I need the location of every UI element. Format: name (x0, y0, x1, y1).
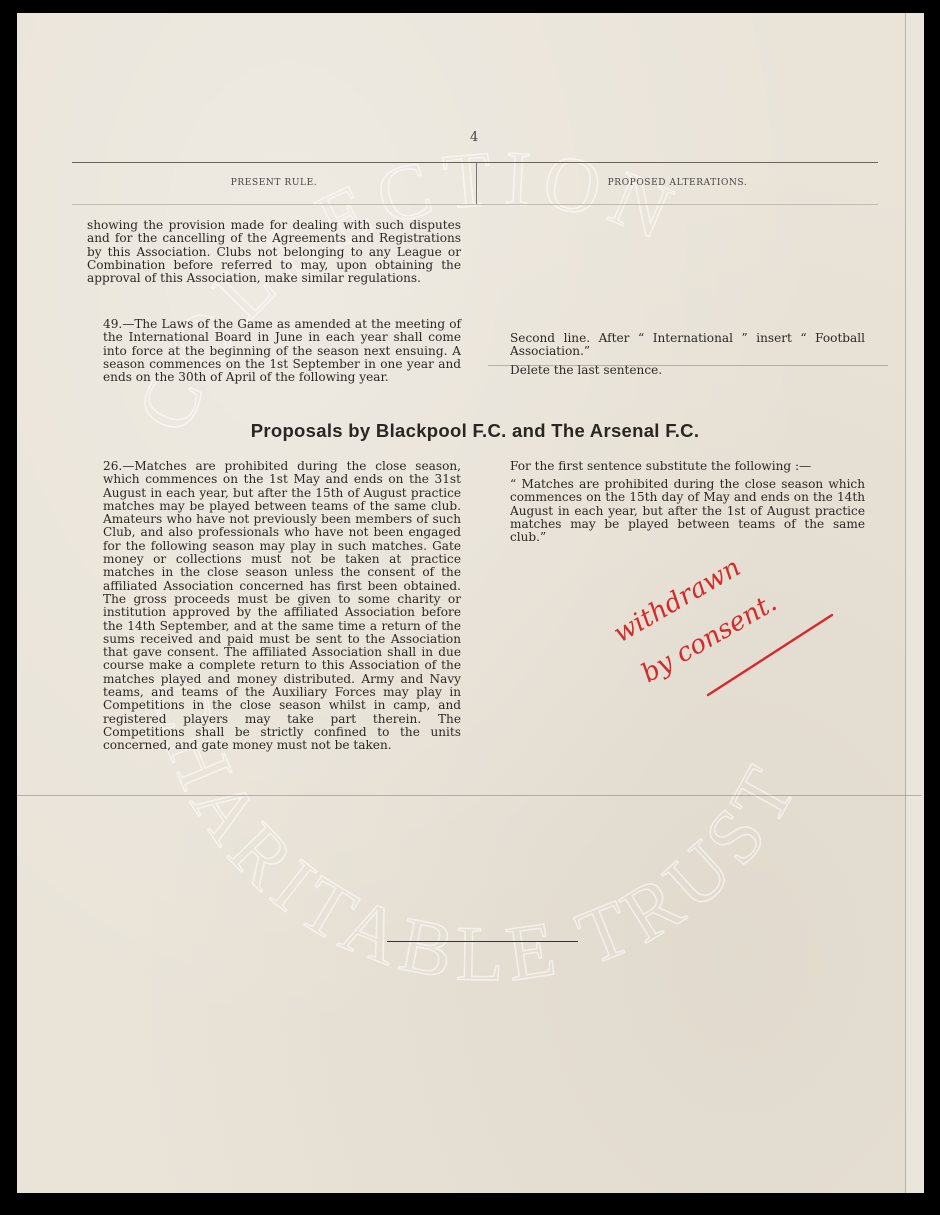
present-rule-49: 49.—The Laws of the Game as amended at t… (87, 318, 461, 384)
end-rule (387, 941, 578, 942)
column-header-present-rule: PRESENT RULE. (72, 178, 476, 188)
alteration-49-insert: Second line. After “ International ” ins… (494, 332, 865, 359)
present-rule-continuation: showing the provision made for dealing w… (87, 219, 461, 285)
section-title: Proposals by Blackpool F.C. and The Arse… (72, 420, 878, 442)
alteration-26-intro: For the first sentence substitute the fo… (494, 460, 865, 473)
present-rule-26: 26.—Matches are prohibited during the cl… (87, 460, 461, 753)
header-rule-top (72, 162, 878, 163)
adjacent-page-edge (905, 13, 924, 1193)
alteration-26-text: “ Matches are prohibited during the clos… (494, 478, 865, 544)
handwritten-annotation: withdrawn by consent. (610, 555, 850, 705)
header-rule-bottom (72, 204, 878, 205)
page-number: 4 (470, 130, 478, 145)
paper-fold-line (17, 795, 922, 796)
column-header-proposed-alterations: PROPOSED ALTERATIONS. (477, 178, 878, 188)
paper-fold-line (488, 365, 888, 366)
